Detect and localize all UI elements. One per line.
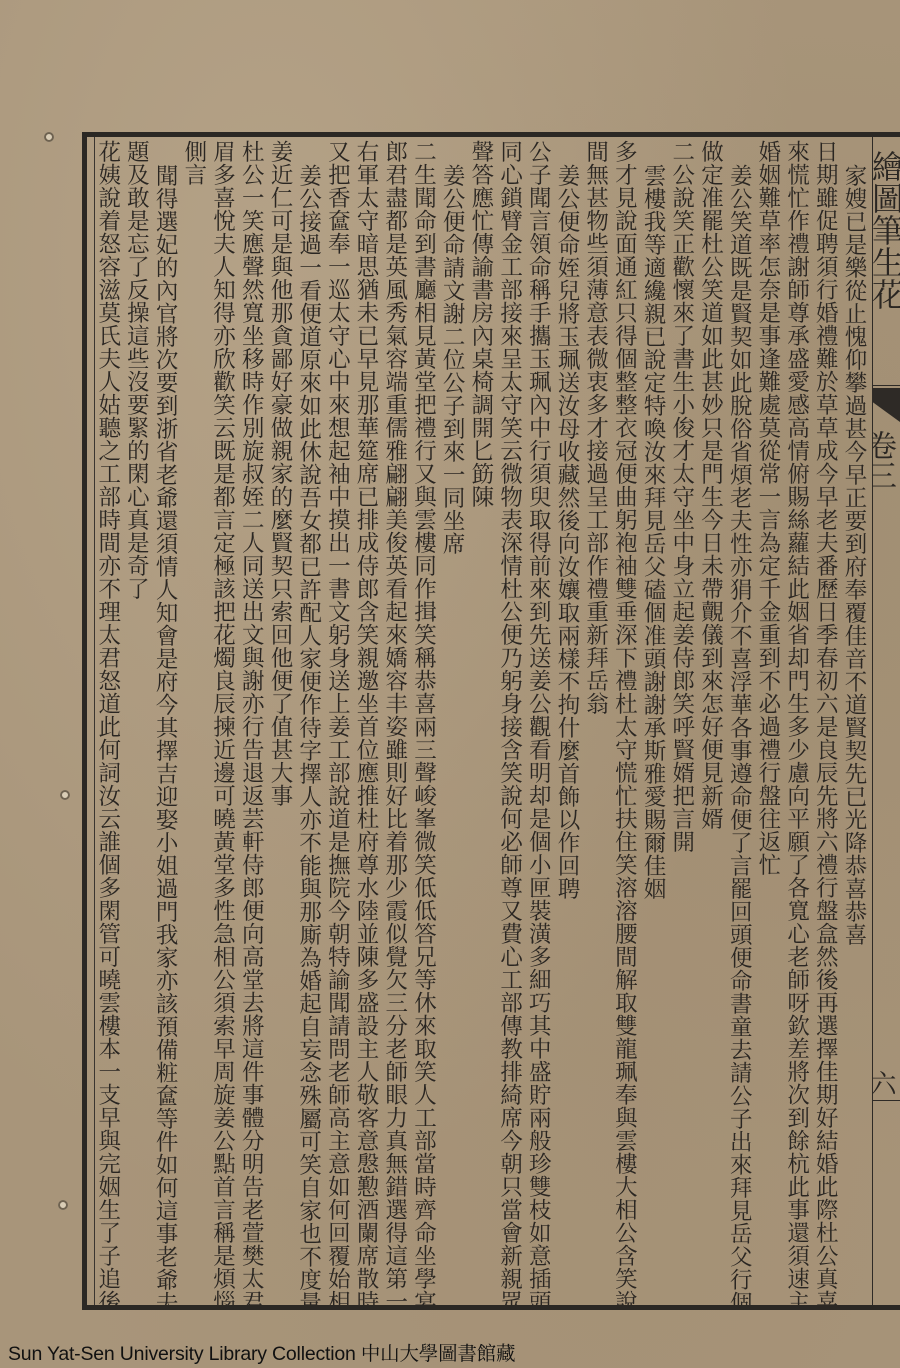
text-column: 家嫂已是樂從止愧仰攀過甚今早正要到府奉覆佳音不道賢契先已光降恭喜恭喜 — [842, 140, 871, 1305]
text-column: 題及敢是忘了反操這些沒要緊的閑心真是奇了 — [125, 140, 154, 1305]
volume-label: 卷三 — [872, 430, 900, 490]
text-column: 日期雖促聘須行婚禮難於草草成今早老夫番歷日季春初六是良辰先將六禮行盤盒然後再選擇… — [814, 140, 843, 1305]
text-column: 二生聞命到書廳相見黃堂把禮行又與雲樓同作揖笑稱恭喜兩三聲峻峯微笑低低答兄等休來取… — [412, 140, 441, 1305]
text-column: 來慌忙作禮謝師尊承盛愛感高情俯賜絲蘿結此姻省却門生多少慮向平願了各寬心老師呀欽差… — [785, 140, 814, 1305]
text-column: 眉多喜悅夫人知得亦欣歡笑云既是都言定極該把花燭良辰揀近邊可曉黃堂多性急相公須索早… — [211, 140, 240, 1305]
text-column: 側言 — [182, 140, 211, 1305]
binding-hole — [58, 1200, 68, 1210]
text-column: 做定准罷杜公笑道如此甚妙只是門生今日未帶覿儀到來怎好便見新婿 — [699, 140, 728, 1305]
text-column: 姜公笑道既是賢契如此脫俗省煩老夫性亦狷介不喜浮華各事遵命便了言罷回頭便命書童去請… — [727, 140, 756, 1305]
text-column: 同心鎖臂金工部接來呈太守笑云微物表深情杜公便乃躬身接含笑說何必師尊又費心工部傳教… — [498, 140, 527, 1305]
text-column: 姜公便命請文謝二位公子到來一同坐席 — [440, 140, 469, 1305]
margin-band — [872, 137, 900, 1305]
text-column: 姜公接過一看便道原來如此休說吾女都已許配人家便作待字擇人亦不能與那廝為婚起自妄念… — [297, 140, 326, 1305]
band-divider — [872, 1100, 900, 1101]
text-column: 婚姻難草率怎奈是事逢難處莫從常一言為定千金重到不必過禮行盤往返忙 — [756, 140, 785, 1305]
text-column: 聞得選妃的內官將次要到浙省老爺還須情人知會是府今其擇吉迎娶小姐過門我家亦該預備粧… — [153, 140, 182, 1305]
book-title: 繪圖筆生花 — [872, 150, 900, 310]
text-column: 郎君盡都是英風秀氣容端重儒雅翩翩美俊英看起來嬌容丰姿雖則好比着那少霞似覺欠三分老… — [383, 140, 412, 1305]
band-divider — [872, 385, 900, 386]
text-column: 二公說笑正歡懷來了書生小俊才太守坐中身立起姜侍郎笑呼賢婿把言開 — [670, 140, 699, 1305]
text-column: 又把香奩奉一巡太守心中來想起袖中摸出一書文躬身送上姜工部說道是撫院今朝特諭聞請問… — [326, 140, 355, 1305]
text-column: 公子聞言領命稱手攜玉珮內中行須臾取得前來到先送姜公觀看明却是個小匣裝潢多細巧其中… — [527, 140, 556, 1305]
collection-watermark: Sun Yat-Sen University Library Collectio… — [8, 1338, 515, 1366]
text-column: 聲答應忙傳諭書房內桌椅調開匕筯陳 — [469, 140, 498, 1305]
text-column: 右軍太守暗思猶未已早見那華筵席已排成侍郎含笑親邀坐首位應推杜府尊水陸並陳多盛設主… — [354, 140, 383, 1305]
text-column: 多才見說面通紅只得個整整衣冠便曲躬袍袖雙垂深下禮杜太守慌忙扶住笑溶溶腰間解取雙龍… — [613, 140, 642, 1305]
text-column: 杜公一笑應聲然寬坐移時作別旋叔姪二人同送出文與謝亦行告退返芸軒侍郎便向高堂去將這… — [240, 140, 269, 1305]
text-column: 姜近仁可是與他那貪鄙好豪做親家的麼賢契只索回他便了值甚大事 — [268, 140, 297, 1305]
vertical-text-body: 家嫂已是樂從止愧仰攀過甚今早正要到府奉覆佳音不道賢契先已光降恭喜恭喜 日期雖促聘… — [96, 140, 871, 1305]
page-number: 六 — [872, 1070, 900, 1096]
text-column: 花姨說着怒容滋莫氏夫人姑聽之工部時間亦不理太君怒道此何詞汝云誰個多閑管可曉雲樓本… — [96, 140, 125, 1305]
binding-hole — [60, 790, 70, 800]
text-column: 雲樓我等適纔親已說定特喚汝來拜見岳父磕個准頭謝謝承斯雅愛賜爾佳姻 — [641, 140, 670, 1305]
binding-hole — [44, 132, 54, 142]
text-column: 姜公便命姪兒將玉珮送汝母收藏然後向汝孃取兩樣不拘什麼首飾以作回聘 — [555, 140, 584, 1305]
text-column: 間無甚物些須薄意表微衷多才接過呈工部作禮重新拜岳翁 — [584, 140, 613, 1305]
